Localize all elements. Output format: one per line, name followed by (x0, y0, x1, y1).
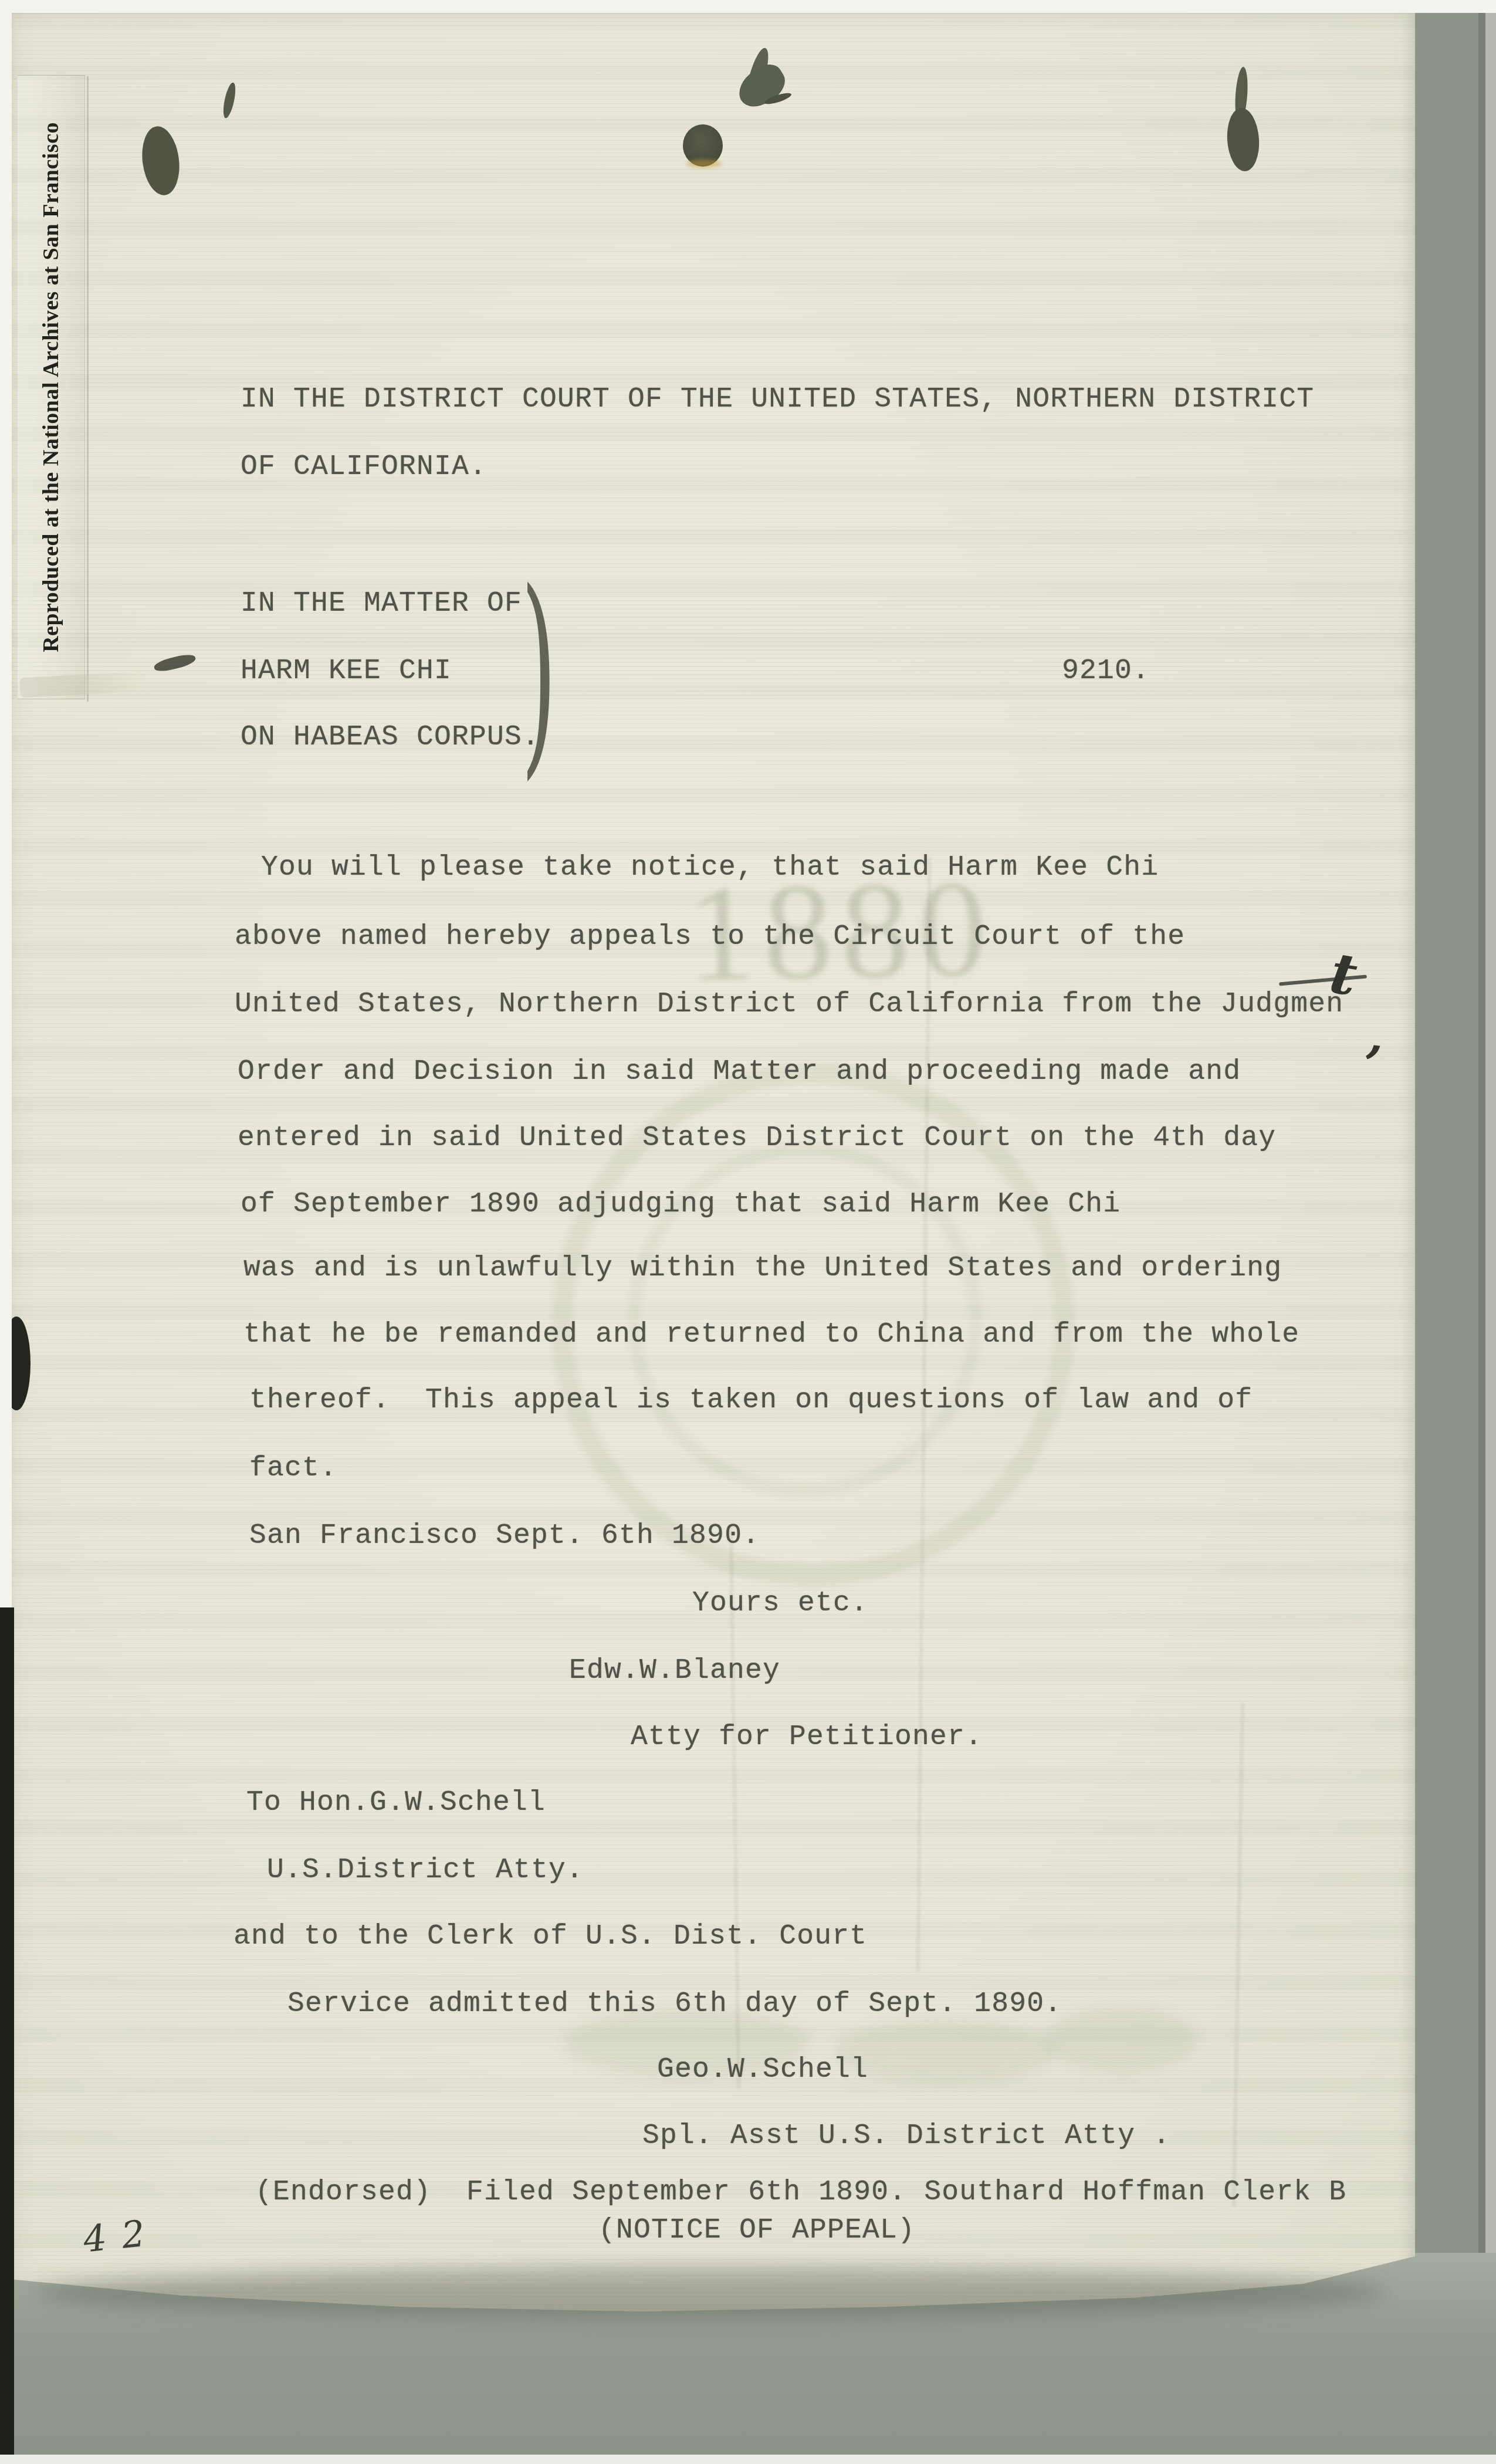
bleedthrough-smudge (1044, 2008, 1197, 2072)
handwritten-judgment-t: t (1325, 939, 1361, 1009)
scan-edge-shadow (1478, 0, 1485, 2464)
text-line: ON HABEAS CORPUS. (241, 722, 540, 753)
handwritten-page-number: 42 (82, 2210, 163, 2260)
paper-wrinkle (1232, 1703, 1244, 2207)
text-line: and to the Clerk of U.S. Dist. Court (233, 1921, 867, 1952)
paper-curl-shadow (35, 2266, 1385, 2319)
scan-border-bottom (0, 2455, 1496, 2464)
text-line: Spl. Asst U.S. District Atty . (642, 2120, 1170, 2152)
text-line: that he be remanded and returned to Chin… (243, 1319, 1299, 1351)
text-line: IN THE DISTRICT COURT OF THE UNITED STAT… (241, 384, 1314, 415)
scan-border-top (0, 0, 1496, 13)
fastener-hole-mark (138, 124, 183, 198)
scan-border-left-dark (0, 1607, 14, 2458)
text-line: San Francisco Sept. 6th 1890. (249, 1520, 760, 1552)
scan-edge-strip (1485, 0, 1496, 2464)
text-line: fact. (249, 1453, 337, 1484)
text-line: thereof. This appeal is taken on questio… (249, 1385, 1253, 1416)
text-line: U.S.District Atty. (267, 1854, 584, 1886)
text-line: above named hereby appeals to the Circui… (235, 921, 1185, 953)
text-line: United States, Northern District of Cali… (235, 989, 1343, 1020)
text-line: Yours etc. (692, 1588, 868, 1619)
archive-label-text: Reproduced at the National Archives at S… (38, 122, 64, 652)
text-line: To Hon.G.W.Schell (246, 1787, 546, 1819)
plastic-sleeve-edge (87, 76, 89, 702)
text-line: entered in said United States District C… (238, 1122, 1276, 1154)
text-line: (NOTICE OF APPEAL) (598, 2215, 915, 2246)
punch-hole-halo (686, 160, 722, 168)
text-line: 9210. (1062, 655, 1150, 687)
handwritten-comma: , (1365, 1010, 1387, 1064)
text-line: You will please take notice, that said H… (261, 852, 1159, 884)
archive-label: Reproduced at the National Archives at S… (18, 75, 85, 699)
text-line: OF CALIFORNIA. (241, 451, 487, 483)
paper-sheet: 1880 Reproduced at the National Archives… (12, 13, 1415, 2311)
paper-tear-mark (732, 59, 791, 114)
text-line: (Endorsed) Filed September 6th 1890. Sou… (255, 2177, 1346, 2208)
fastener-hole-mark (1225, 107, 1261, 172)
text-line: HARM KEE CHI (241, 655, 452, 687)
text-line: Geo.W.Schell (657, 2054, 868, 2086)
sleeve-ink-mark (153, 652, 197, 674)
text-line: Atty for Petitioner. (631, 1721, 983, 1753)
text-line: Order and Decision in said Matter and pr… (238, 1056, 1241, 1088)
scanned-document: 1880 Reproduced at the National Archives… (0, 0, 1496, 2464)
text-line: Service admitted this 6th day of Sept. 1… (287, 1988, 1062, 2020)
ink-streak-mark (221, 82, 238, 119)
text-line: of September 1890 adjudging that said Ha… (241, 1189, 1121, 1220)
text-line: was and is unlawfully within the United … (243, 1253, 1282, 1284)
text-line: Edw.W.Blaney (569, 1655, 780, 1687)
text-line: IN THE MATTER OF (241, 588, 522, 620)
